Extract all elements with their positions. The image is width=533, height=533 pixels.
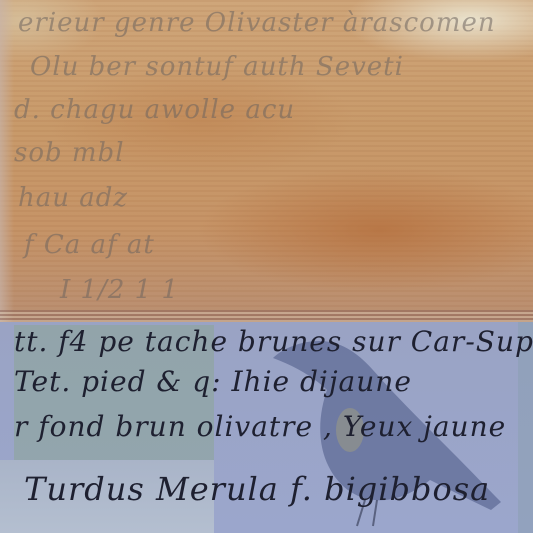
faint-script-line: sob mbl: [14, 138, 125, 168]
faint-script-line: d. chagu awolle acu: [14, 95, 295, 125]
faint-script-line: f Ca af at: [24, 230, 155, 260]
faint-script-line: hau adz: [18, 183, 128, 213]
dark-script-line: tt. f4 pe tache brunes sur Car-Sup: [14, 325, 533, 358]
faint-script-line: I 1/2 1 1: [60, 275, 179, 305]
faint-script-line: erieur genre Olivaster àrascomen: [18, 8, 496, 38]
dark-script-line: Tet. pied & q: Ihie dijaune: [14, 365, 412, 398]
dark-script-line: Turdus Merula f. bigibbosa: [24, 470, 490, 508]
collage-artwork: erieur genre Olivaster àrascomen Olu ber…: [0, 0, 533, 533]
dark-script-line: r fond brun olivatre , Yeux jaune: [14, 410, 506, 443]
faint-script-line: Olu ber sontuf auth Seveti: [30, 52, 404, 82]
